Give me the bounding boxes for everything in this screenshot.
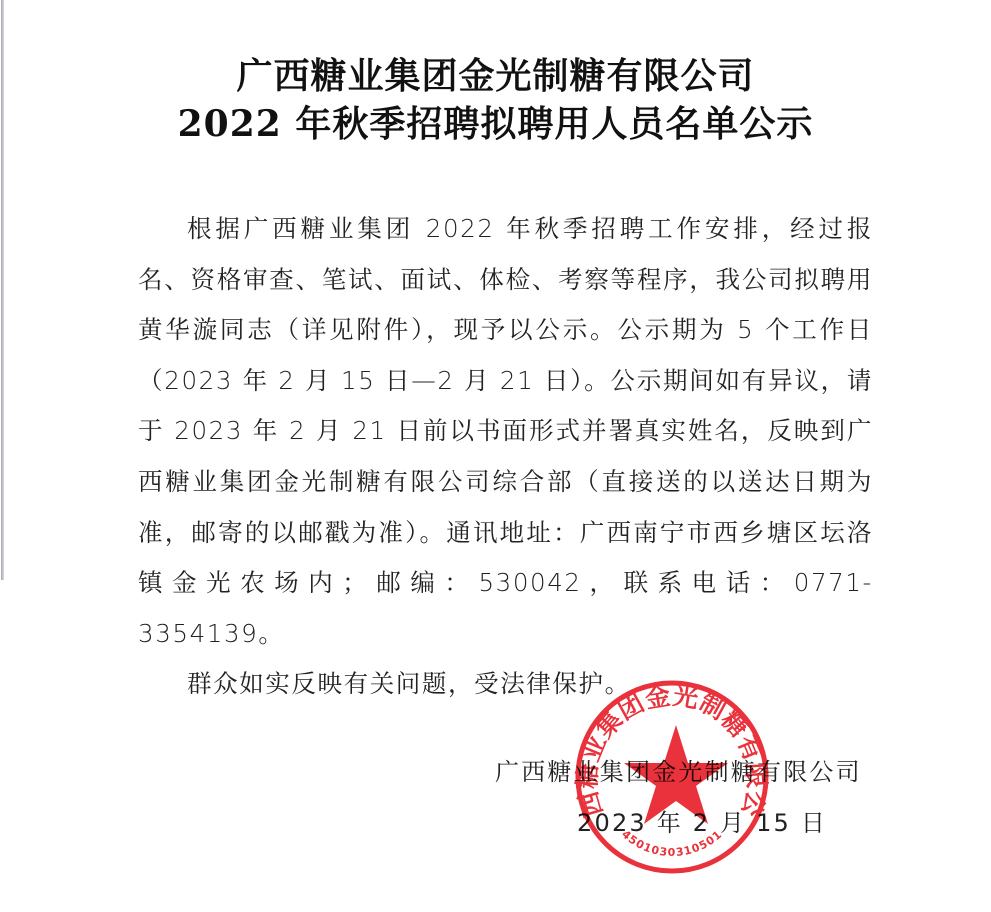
seal-code-text: 4501030310501 [619,828,725,859]
document-body: 根据广西糖业集团 2022 年秋季招聘工作安排，经过报名、资格审查、笔试、面试、… [138,204,873,710]
svg-text:4501030310501: 4501030310501 [619,828,725,859]
official-seal-stamp: 广西糖业集团金光制糖有限公司 4501030310501 [572,677,772,877]
document-title-line1: 广西糖业集团金光制糖有限公司 [0,48,991,99]
star-icon [624,725,728,824]
document-title-line2: 2022 年秋季招聘拟聘用人员名单公示 [0,96,991,147]
body-paragraph-notice: 根据广西糖业集团 2022 年秋季招聘工作安排，经过报名、资格审查、笔试、面试、… [138,204,873,659]
